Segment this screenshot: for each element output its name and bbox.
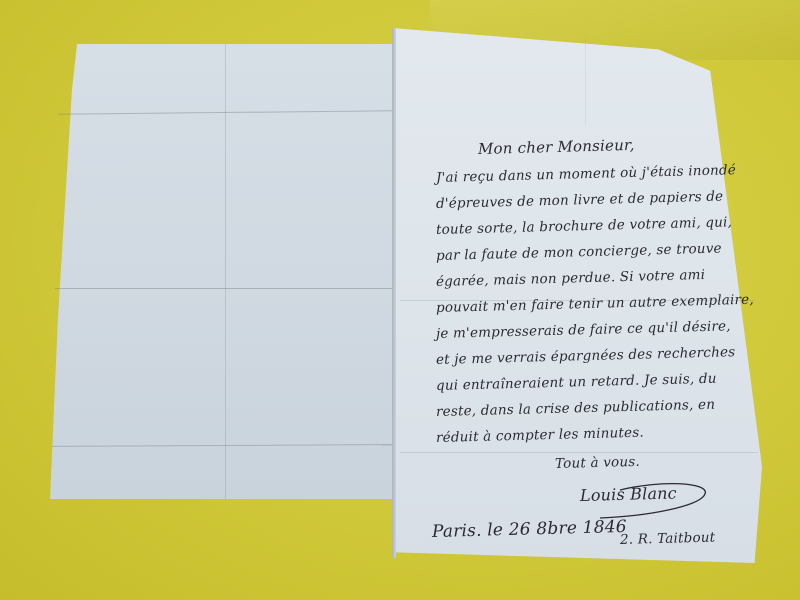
letter-address: 2. R. Taitbout <box>620 530 716 548</box>
horizontal-fold-line <box>400 452 758 453</box>
horizontal-fold-line <box>55 288 392 289</box>
signature-flourish-icon <box>600 482 730 522</box>
letter-closing: Tout à vous. <box>555 454 640 472</box>
letter-center-fold <box>392 28 396 558</box>
vertical-fold-line <box>585 35 586 125</box>
vertical-fold-line <box>225 44 226 499</box>
